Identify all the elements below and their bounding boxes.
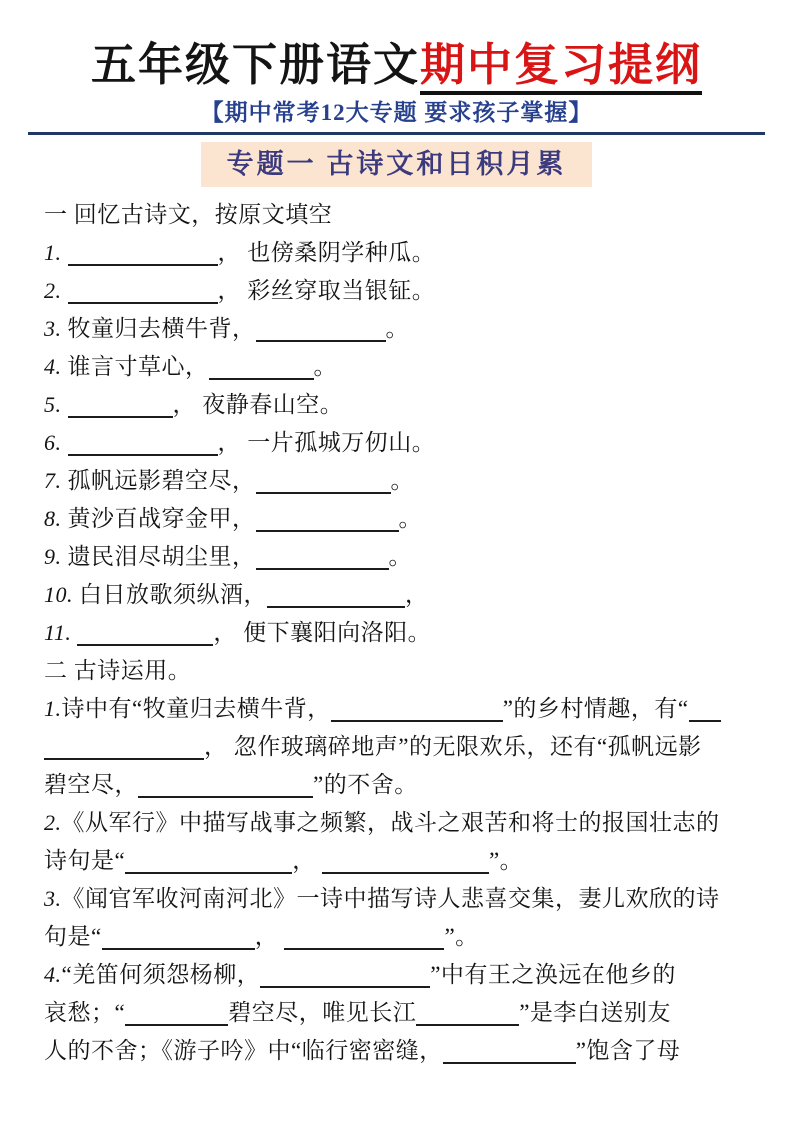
- answer-blank: [125, 1003, 228, 1026]
- worksheet-line: 1. ， 也傍桑阴学种瓜。: [44, 234, 749, 272]
- question-text: ”饱含了母: [576, 1038, 681, 1063]
- question-text: 。: [399, 506, 423, 531]
- question-text: ，: [255, 924, 285, 949]
- worksheet-body: 一 回忆古诗文，按原文填空1. ， 也傍桑阴学种瓜。2. ， 彩丝穿取当银钲。3…: [44, 196, 749, 1070]
- question-text: 。: [389, 544, 413, 569]
- page-title: 五年级下册语文期中复习提纲: [44, 36, 749, 94]
- question-text: 一 回忆古诗文，按原文填空: [44, 202, 332, 227]
- question-number: 8.: [44, 506, 68, 531]
- question-text: ”的乡村情趣，有“: [503, 696, 689, 721]
- worksheet-line: 2.《从军行》中描写战事之频繁，战斗之艰苦和将士的报国壮志的: [44, 804, 749, 842]
- worksheet-line: 3.《闻官军收河南河北》一诗中描写诗人悲喜交集，妻儿欢欣的诗: [44, 880, 749, 918]
- answer-blank: [209, 357, 314, 380]
- question-number: 7.: [44, 468, 68, 493]
- answer-blank: [125, 851, 292, 874]
- worksheet-line: 4.“羌笛何须怨杨柳，”中有王之涣远在他乡的: [44, 956, 749, 994]
- question-text: 孤帆远影碧空尽，: [68, 468, 256, 493]
- answer-blank: [256, 547, 389, 570]
- question-text: ， 一片孤城万仞山。: [218, 430, 436, 455]
- worksheet-line: 碧空尽，”的不舍。: [44, 766, 749, 804]
- answer-blank: [416, 1003, 519, 1026]
- question-number: 1.: [44, 696, 62, 721]
- question-text: 碧空尽，: [44, 772, 138, 797]
- question-text: 诗中有“牧童归去横牛背，: [62, 696, 331, 721]
- worksheet-line: 人的不舍；《游子吟》中“临行密密缝，”饱含了母: [44, 1032, 749, 1070]
- worksheet-page: 五年级下册语文期中复习提纲 【期中常考12大专题 要求孩子掌握】 专题一 古诗文…: [0, 0, 793, 1121]
- worksheet-line: 6. ， 一片孤城万仞山。: [44, 424, 749, 462]
- question-text: ， 忽作玻璃碎地声”的无限欢乐，还有“孤帆远影: [204, 734, 702, 759]
- answer-blank: [322, 851, 489, 874]
- question-text: ， 彩丝穿取当银钲。: [218, 278, 436, 303]
- question-text: 哀愁；“: [44, 1000, 125, 1025]
- question-text: ， 夜静春山空。: [173, 392, 344, 417]
- question-number: 4.: [44, 354, 68, 379]
- answer-blank: [256, 509, 399, 532]
- question-number: 3.: [44, 886, 62, 911]
- answer-blank: [260, 965, 430, 988]
- answer-blank: [102, 927, 255, 950]
- question-text: 诗句是“: [44, 848, 125, 873]
- worksheet-line: 二 古诗运用。: [44, 652, 749, 690]
- worksheet-line: 一 回忆古诗文，按原文填空: [44, 196, 749, 234]
- worksheet-line: 2. ， 彩丝穿取当银钲。: [44, 272, 749, 310]
- question-number: 1.: [44, 240, 68, 265]
- answer-blank: [68, 281, 218, 304]
- worksheet-line: 10. 白日放歌须纵酒，，: [44, 576, 749, 614]
- question-text: 人的不舍；《游子吟》中“临行密密缝，: [44, 1038, 443, 1063]
- question-number: 2.: [44, 810, 62, 835]
- subtitle: 【期中常考12大专题 要求孩子掌握】: [44, 98, 749, 128]
- question-text: 《从军行》中描写战事之频繁，战斗之艰苦和将士的报国壮志的: [62, 810, 720, 835]
- answer-blank: [138, 775, 313, 798]
- answer-blank: [267, 585, 405, 608]
- answer-blank: [68, 433, 218, 456]
- worksheet-line: 句是“， ”。: [44, 918, 749, 956]
- question-number: 10.: [44, 582, 79, 607]
- worksheet-line: 9. 遗民泪尽胡尘里，。: [44, 538, 749, 576]
- answer-blank: [689, 699, 721, 722]
- question-number: 3.: [44, 316, 68, 341]
- question-text: 二 古诗运用。: [44, 658, 191, 683]
- answer-blank: [68, 395, 173, 418]
- worksheet-line: ， 忽作玻璃碎地声”的无限欢乐，还有“孤帆远影: [44, 728, 749, 766]
- question-text: ， 便下襄阳向洛阳。: [213, 620, 431, 645]
- answer-blank: [331, 699, 503, 722]
- answer-blank: [44, 737, 204, 760]
- question-text: 碧空尽，唯见长江: [228, 1000, 416, 1025]
- worksheet-line: 4. 谁言寸草心，。: [44, 348, 749, 386]
- question-text: ”。: [489, 848, 523, 873]
- question-number: 5.: [44, 392, 68, 417]
- question-text: 遗民泪尽胡尘里，: [68, 544, 256, 569]
- question-number: 4.: [44, 962, 62, 987]
- question-text: 。: [386, 316, 410, 341]
- question-text: ，: [405, 582, 429, 607]
- section-heading: 专题一 古诗文和日积月累: [201, 142, 593, 187]
- question-text: 谁言寸草心，: [68, 354, 209, 379]
- question-number: 6.: [44, 430, 68, 455]
- question-text: 。: [391, 468, 415, 493]
- divider-rule: [28, 132, 765, 135]
- question-number: 9.: [44, 544, 68, 569]
- answer-blank: [284, 927, 444, 950]
- answer-blank: [68, 243, 218, 266]
- answer-blank: [77, 623, 213, 646]
- question-text: 牧童归去横牛背，: [68, 316, 256, 341]
- title-red-part: 期中复习提纲: [420, 40, 702, 95]
- worksheet-line: 哀愁；“碧空尽，唯见长江”是李白送别友: [44, 994, 749, 1032]
- question-text: 句是“: [44, 924, 102, 949]
- worksheet-line: 1.诗中有“牧童归去横牛背，”的乡村情趣，有“: [44, 690, 749, 728]
- answer-blank: [443, 1041, 576, 1064]
- question-text: 黄沙百战穿金甲，: [68, 506, 256, 531]
- question-text: ，: [292, 848, 322, 873]
- answer-blank: [256, 471, 391, 494]
- worksheet-line: 11. ， 便下襄阳向洛阳。: [44, 614, 749, 652]
- question-text: 《闻官军收河南河北》一诗中描写诗人悲喜交集，妻儿欢欣的诗: [62, 886, 720, 911]
- question-text: ”是李白送别友: [519, 1000, 671, 1025]
- answer-blank: [256, 319, 386, 342]
- question-text: ”中有王之涣远在他乡的: [430, 962, 676, 987]
- question-text: ， 也傍桑阴学种瓜。: [218, 240, 436, 265]
- worksheet-line: 8. 黄沙百战穿金甲，。: [44, 500, 749, 538]
- section-heading-wrap: 专题一 古诗文和日积月累: [44, 142, 749, 187]
- title-black-part: 五年级下册语文: [91, 40, 420, 90]
- question-number: 2.: [44, 278, 68, 303]
- question-number: 11.: [44, 620, 77, 645]
- question-text: “羌笛何须怨杨柳，: [62, 962, 261, 987]
- worksheet-line: 5. ， 夜静春山空。: [44, 386, 749, 424]
- worksheet-line: 7. 孤帆远影碧空尽，。: [44, 462, 749, 500]
- question-text: 。: [314, 354, 338, 379]
- question-text: ”。: [444, 924, 478, 949]
- worksheet-line: 诗句是“， ”。: [44, 842, 749, 880]
- question-text: ”的不舍。: [313, 772, 418, 797]
- question-text: 白日放歌须纵酒，: [79, 582, 267, 607]
- worksheet-line: 3. 牧童归去横牛背，。: [44, 310, 749, 348]
